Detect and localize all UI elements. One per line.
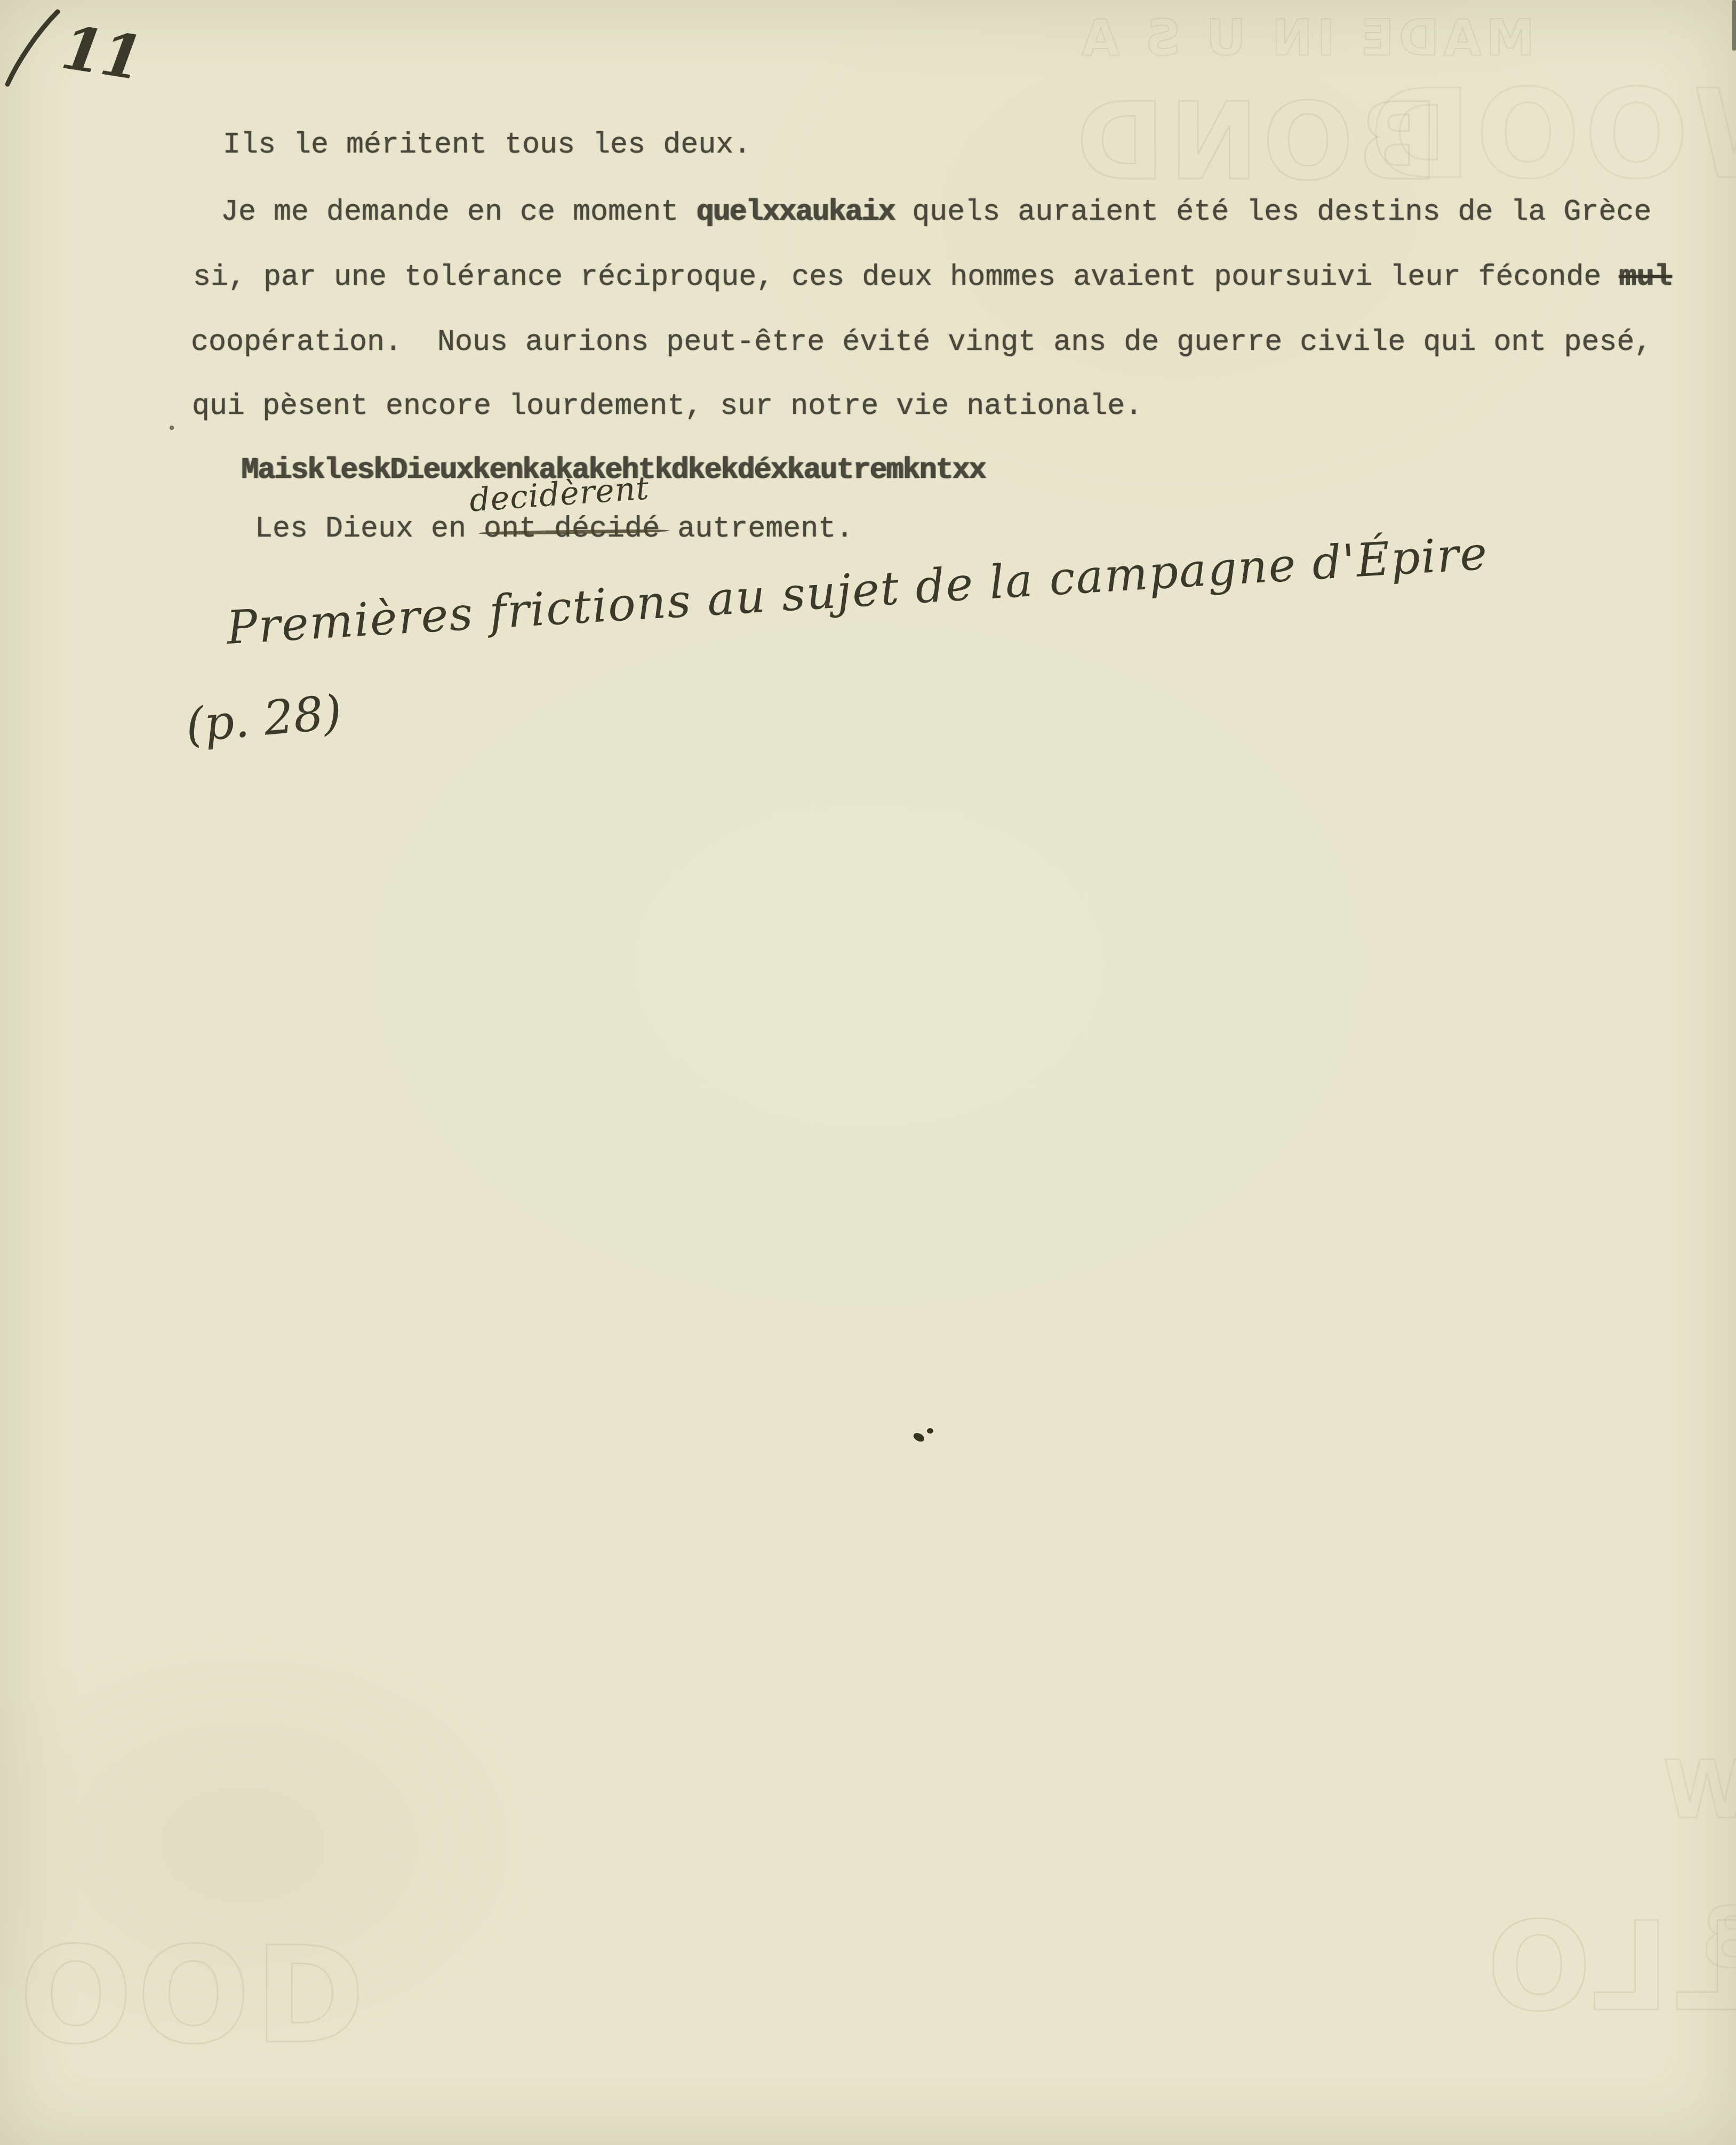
handwritten-annotation: Premières frictions au sujet de la campa… [225,527,1490,655]
handwritten-page-reference: (p. 28) [183,684,344,753]
typed-line-2-overstrike: quelxxaukaix [696,195,894,229]
ink-speck [912,1431,926,1444]
typed-line-3-overstrike: mul [1619,260,1671,294]
ink-speck [927,1428,933,1434]
typed-line-3-pre: si, par une tolérance réciproque, ces de… [193,260,1619,294]
typed-line-2: Je me demande en ce moment quelxxaukaix … [221,195,1651,229]
watermark-ood: OOD [19,1918,370,2073]
typed-line-5: qui pèsent encore lourdement, sur notre … [192,389,1142,423]
ink-speck [170,426,174,430]
typed-line-7-post: autrement. [660,512,853,546]
right-edge-mark [1732,0,1736,51]
typescript-page: MADE IN U S A BOND HOLLYWOOD OOD LLO MW … [0,0,1736,2145]
typed-line-4: coopération. Nous aurions peut-être évit… [191,325,1652,359]
typed-line-7-pen-struck: ont décidé [484,512,660,546]
watermark-hollywood-top: HOLLYWOOD [1365,64,1736,206]
typed-line-3: si, par une tolérance réciproque, ces de… [193,260,1671,294]
typed-line-2-post: quels auraient été les destins de la Grè… [894,195,1651,229]
typed-line-1: Ils le méritent tous les deux. [223,128,751,162]
typed-line-2-pre: Je me demande en ce moment [221,195,696,229]
typed-line-7: Les Dieux en ont décidé autrement. [255,512,853,546]
watermark-mw: MW [1659,1744,1736,1837]
typed-line-7-pre: Les Dieux en [255,512,484,546]
check-mark [0,0,75,91]
watermark-made-in: MADE IN U S A [1077,10,1534,67]
watermark-b: B [1696,1888,1736,1988]
